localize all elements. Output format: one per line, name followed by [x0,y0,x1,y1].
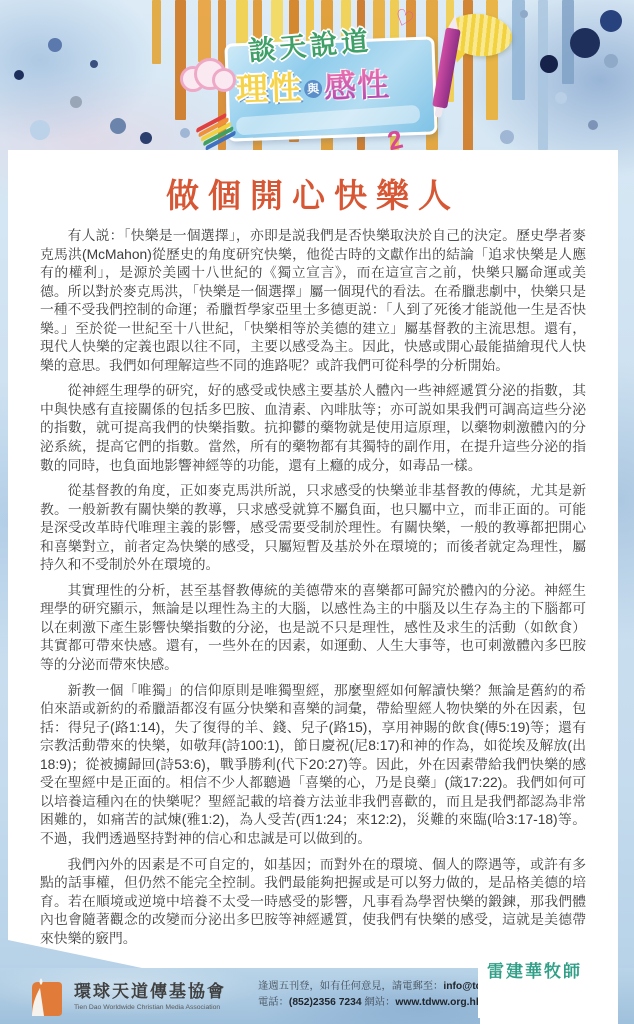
organization-name: 環球天道傳基協會 Tien Dao Worldwide Christian Me… [74,977,226,1011]
paragraph-4: 其實理性的分析，甚至基督教傳統的美德帶來的喜樂都可歸究於體內的分泌。神經生理學的… [40,582,586,675]
subtitle-emotion: 感性 [323,59,391,107]
website-url[interactable]: www.tdww.org.hk [395,997,481,1008]
organization-name-zh: 環球天道傳基協會 [74,977,226,1002]
article-body: 有人説：「快樂是一個選擇」，亦即是説我們是否快樂取決於自己的決定。歷史學者麥克馬… [8,227,618,948]
article-card: 做個開心快樂人 有人説：「快樂是一個選擇」，亦即是説我們是否快樂取決於自己的決定… [8,150,618,1022]
confetti-dot [48,38,62,52]
web-label: 網站： [362,997,396,1008]
stripe-decoration [198,0,211,62]
stripe-decoration [152,0,161,64]
confetti-dot [140,132,152,144]
tel-label: 電話： [258,997,289,1008]
confetti-dot [180,128,190,138]
publish-note: 逢週五刊登，如有任何意見，請電郵至： [258,981,443,992]
organization-name-en: Tien Dao Worldwide Christian Media Assoc… [74,1004,226,1011]
confetti-dot [70,96,82,108]
confetti-dot [570,28,600,58]
program-logo: 談天說道 理性 與 感性 ♡ 2 [218,18,448,140]
confetti-dot [588,120,598,130]
confetti-dot [110,118,126,134]
header-banner: 談天說道 理性 與 感性 ♡ 2 [0,0,634,160]
subtitle-and: 與 [304,80,323,99]
confetti-dot [600,10,622,32]
confetti-dot [520,10,528,18]
marker-pen-icon [432,27,461,108]
confetti-dot [540,55,558,73]
program-subtitle: 理性 與 感性 [235,59,391,110]
article-title: 做個開心快樂人 [8,170,618,217]
newsletter-page: 談天說道 理性 與 感性 ♡ 2 做個開心快樂人 有人説：「快樂是一個選擇」，亦… [0,0,634,1024]
paragraph-1: 有人説：「快樂是一個選擇」，亦即是説我們是否快樂取決於自己的決定。歷史學者麥克馬… [40,227,586,375]
subtitle-rational: 理性 [235,62,303,110]
confetti-dot [604,54,618,68]
tel-number: (852)2356 7234 [289,997,362,1008]
confetti-dot [90,60,98,68]
cloud-decoration [180,58,238,92]
confetti-dot [500,130,514,144]
confetti-dot [30,120,50,140]
stripe-decoration [538,0,548,150]
confetti-dot [14,70,24,80]
paragraph-3: 從基督教的角度，正如麥克馬洪所説，只求感受的快樂並非基督教的傳統，尤其是新教。一… [40,482,586,575]
paragraph-2: 從神經生理學的研究，好的感受或快感主要基於人體內一些神經遞質分泌的指數，其中與快… [40,382,586,475]
paragraph-6: 我們內外的因素是不可自定的，如基因；而對外在的環境、個人的際遇等，或許有多點的話… [40,856,586,949]
candle-logo-icon [28,976,64,1016]
confetti-dot [555,92,567,104]
paragraph-5: 新教一個「唯獨」的信仰原則是唯獨聖經，那麼聖經如何解讀快樂？無論是舊約的希伯來語… [40,682,586,849]
